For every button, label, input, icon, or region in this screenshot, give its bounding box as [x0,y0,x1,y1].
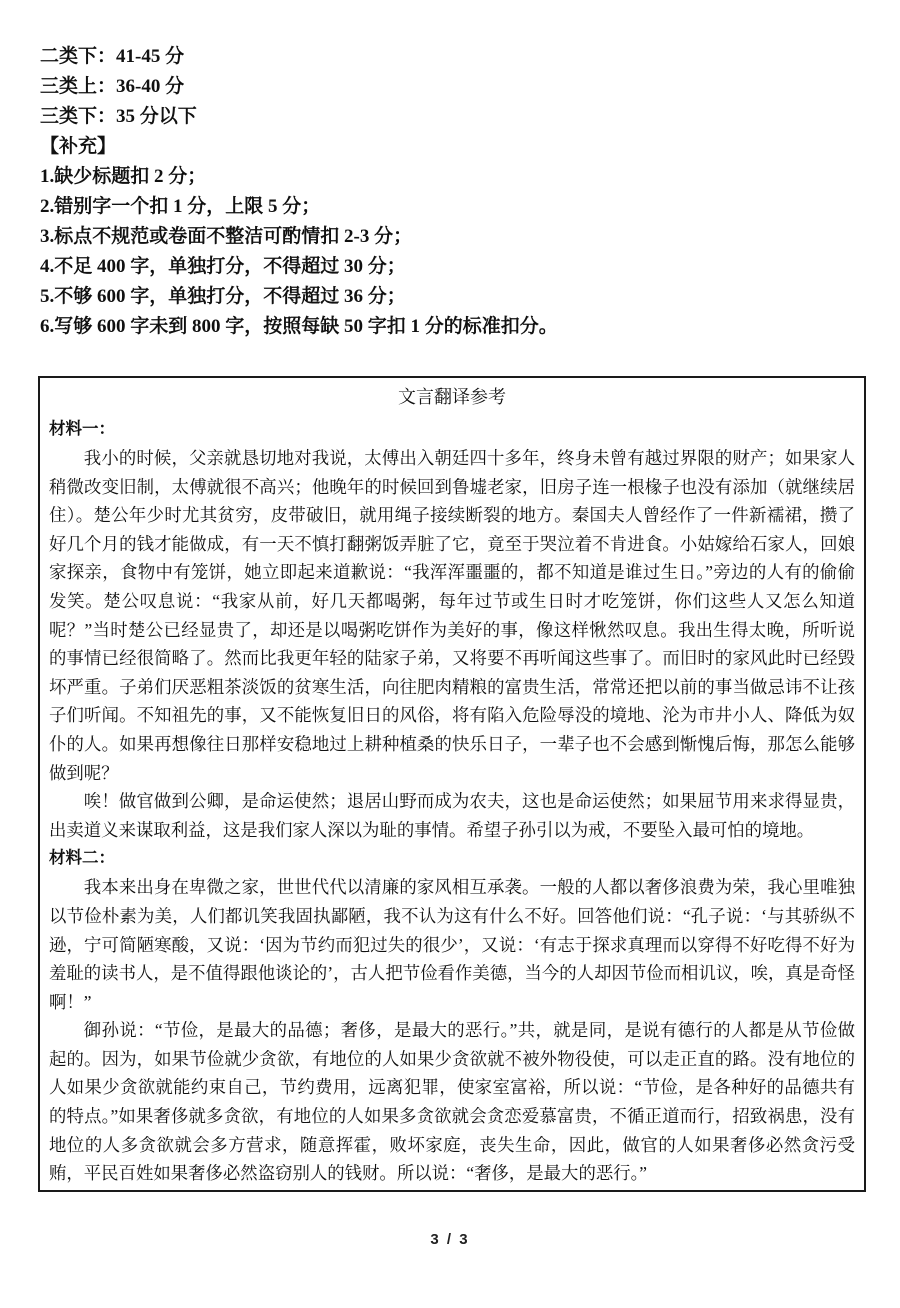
score-category-line: 二类下：41-45 分 [40,42,864,72]
score-category-line: 三类下：35 分以下 [40,102,864,132]
score-category-line: 三类上：36-40 分 [40,72,864,102]
material-1-paragraph-1: 我小的时候，父亲就恳切地对我说，太傅出入朝廷四十多年，终身未曾有越过界限的财产；… [49,444,855,787]
material-2-paragraph-2: 御孙说：“节俭，是最大的品德；奢侈，是最大的恶行。”共，就是同，是说有德行的人都… [49,1016,855,1188]
supplement-item: 5.不够 600 字，单独打分，不得超过 36 分； [40,282,864,312]
supplement-title: 【补充】 [40,132,864,162]
supplement-item: 1.缺少标题扣 2 分； [40,162,864,192]
supplement-item: 4.不足 400 字，单独打分，不得超过 30 分； [40,252,864,282]
page-number: 3 / 3 [0,1231,900,1248]
material-2-paragraph-1: 我本来出身在卑微之家，世世代代以清廉的家风相互承袭。一般的人都以奢侈浪费为荣，我… [49,873,855,1016]
supplement-item: 3.标点不规范或卷面不整洁可酌情扣 2-3 分； [40,222,864,252]
box-title: 文言翻译参考 [49,384,855,410]
supplement-item: 2.错别字一个扣 1 分，上限 5 分； [40,192,864,222]
material-1-paragraph-2: 唉！做官做到公卿，是命运使然；退居山野而成为农夫，这也是命运使然；如果屈节用来求… [49,787,855,844]
translation-reference-box: 文言翻译参考 材料一： 我小的时候，父亲就恳切地对我说，太傅出入朝廷四十多年，终… [38,376,866,1192]
material-1-label: 材料一： [49,415,855,444]
scoring-section: 二类下：41-45 分 三类上：36-40 分 三类下：35 分以下 【补充】 … [40,42,864,342]
supplement-item: 6.写够 600 字未到 800 字，按照每缺 50 字扣 1 分的标准扣分。 [40,312,864,342]
material-2-label: 材料二： [49,844,855,873]
